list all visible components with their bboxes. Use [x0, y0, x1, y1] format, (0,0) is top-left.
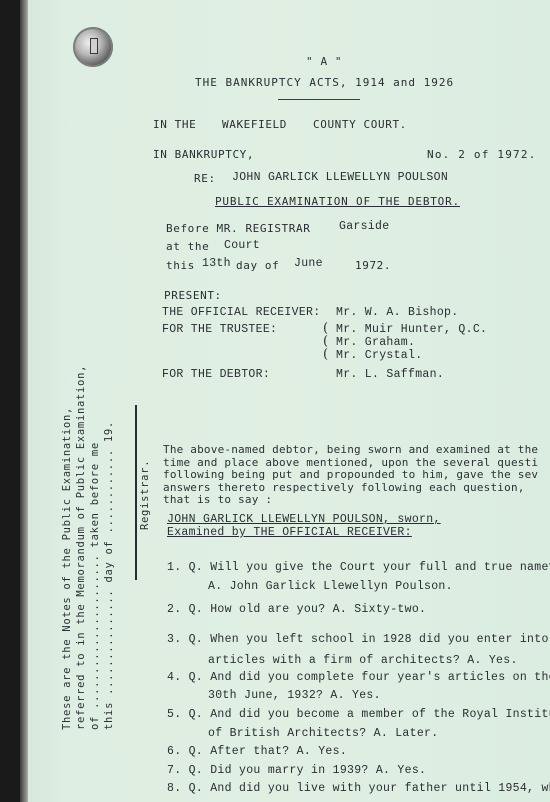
party-role-trustee: FOR THE TRUSTEE:	[162, 323, 277, 336]
court-prefix: IN THE	[153, 118, 196, 131]
signature-label: Registrar.	[139, 460, 151, 530]
party-name-trustee-1: Mr. Muir Hunter, Q.C.	[336, 323, 487, 336]
question-line: 1. Q. Will you give the Court your full …	[167, 561, 550, 574]
party-role-receiver: THE OFFICIAL RECEIVER:	[162, 306, 320, 319]
answer-line: A. John Garlick Llewellyn Poulson.	[208, 580, 453, 593]
binding-rivet-icon	[73, 27, 113, 67]
party-role-debtor: FOR THE DEBTOR:	[162, 368, 270, 381]
matter: IN BANKRUPTCY,	[153, 148, 254, 161]
answer-line: of British Architects? A. Later.	[208, 727, 438, 740]
act-title: THE BANKRUPTCY ACTS, 1914 and 1926	[195, 76, 454, 89]
question-line: 6. Q. After that? A. Yes.	[167, 745, 347, 758]
registrar-name: Garside	[339, 220, 389, 233]
margin-certification-note: These are the Notes of the Public Examin…	[60, 365, 116, 730]
exam-title: PUBLIC EXAMINATION OF THE DEBTOR.	[215, 195, 460, 208]
court-type: COUNTY COURT.	[313, 118, 407, 131]
before-label: Before MR. REGISTRAR	[166, 222, 310, 235]
brace: (	[323, 347, 328, 362]
preamble-paragraph: The above-named debtor, being sworn and …	[163, 444, 550, 507]
day-of-label: day of	[236, 259, 279, 272]
question-line: 4. Q. And did you complete four year's a…	[167, 671, 550, 684]
question-line: 8. Q. And did you live with your father …	[167, 782, 550, 795]
question-line: 3. Q. When you left school in 1928 did y…	[167, 633, 549, 646]
at-label: at the	[166, 240, 209, 253]
party-name-trustee-3: Mr. Crystal.	[336, 349, 422, 362]
party-name-trustee-2: Mr. Graham.	[336, 336, 415, 349]
case-number: No. 2 of 1972.	[427, 148, 537, 161]
this-label: this	[166, 259, 195, 272]
signature-line	[135, 405, 137, 580]
venue: Court	[224, 239, 260, 252]
question-line: 2. Q. How old are you? A. Sixty-two.	[167, 603, 426, 616]
answer-line: articles with a firm of architects? A. Y…	[208, 654, 518, 667]
present-heading: PRESENT:	[164, 289, 222, 302]
hearing-month: June	[294, 257, 323, 270]
debtor-name: JOHN GARLICK LLEWELLYN POULSON	[232, 171, 448, 184]
title-rule	[278, 99, 360, 100]
hearing-year: 1972.	[355, 259, 391, 272]
sworn-line-2: Examined by THE OFFICIAL RECEIVER:	[167, 526, 412, 539]
answer-line: 30th June, 1932? A. Yes.	[208, 689, 381, 702]
re-label: RE:	[194, 172, 216, 185]
exhibit-label: " A "	[306, 55, 342, 68]
hearing-day: 13th	[202, 257, 231, 270]
party-name-debtor: Mr. L. Saffman.	[336, 368, 444, 381]
question-line: 5. Q. And did you become a member of the…	[167, 708, 550, 721]
court-place: WAKEFIELD	[222, 118, 287, 131]
question-line: 7. Q. Did you marry in 1939? A. Yes.	[167, 764, 426, 777]
sworn-line-1: JOHN GARLICK LLEWELLYN POULSON, sworn,	[167, 513, 441, 526]
party-name-receiver: Mr. W. A. Bishop.	[336, 306, 458, 319]
